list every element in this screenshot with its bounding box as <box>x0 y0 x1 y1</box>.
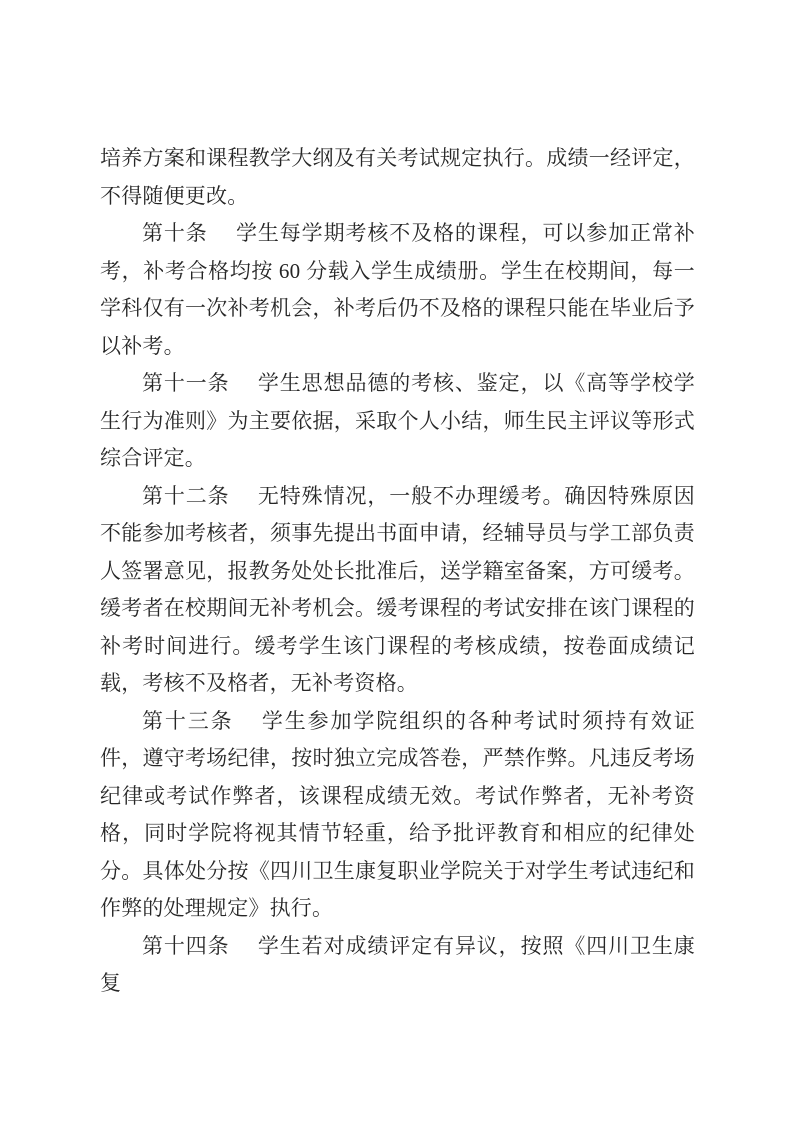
article-14-number: 第十四条 <box>142 934 230 958</box>
article-10-number: 第十条 <box>142 221 208 245</box>
paragraph-article-13: 第十三条学生参加学院组织的各种考试时须持有效证件，遵守考场纪律，按时独立完成答卷… <box>100 703 695 928</box>
paragraph-article-12: 第十二条无特殊情况，一般不办理缓考。确因特殊原因不能参加考核者，须事先提出书面申… <box>100 478 695 703</box>
document-body: 培养方案和课程教学大纲及有关考试规定执行。成绩一经评定，不得随便更改。 第十条学… <box>100 140 695 1003</box>
paragraph-text: 培养方案和课程教学大纲及有关考试规定执行。成绩一经评定，不得随便更改。 <box>100 146 695 208</box>
paragraph-article-14: 第十四条学生若对成绩评定有异议，按照《四川卫生康复 <box>100 928 695 1003</box>
article-13-number: 第十三条 <box>142 709 234 733</box>
paragraph-article-10: 第十条学生每学期考核不及格的课程，可以参加正常补考，补考合格均按 60 分载入学… <box>100 215 695 365</box>
paragraph-text: 无特殊情况，一般不办理缓考。确因特殊原因不能参加考核者，须事先提出书面申请，经辅… <box>100 484 695 696</box>
paragraph-text: 学生参加学院组织的各种考试时须持有效证件，遵守考场纪律，按时独立完成答卷，严禁作… <box>100 709 695 921</box>
document-page: 培养方案和课程教学大纲及有关考试规定执行。成绩一经评定，不得随便更改。 第十条学… <box>0 0 793 1122</box>
article-11-number: 第十一条 <box>142 371 230 395</box>
paragraph-continuation: 培养方案和课程教学大纲及有关考试规定执行。成绩一经评定，不得随便更改。 <box>100 140 695 215</box>
article-12-number: 第十二条 <box>142 484 230 508</box>
paragraph-article-11: 第十一条学生思想品德的考核、鉴定，以《高等学校学生行为准则》为主要依据，采取个人… <box>100 365 695 478</box>
